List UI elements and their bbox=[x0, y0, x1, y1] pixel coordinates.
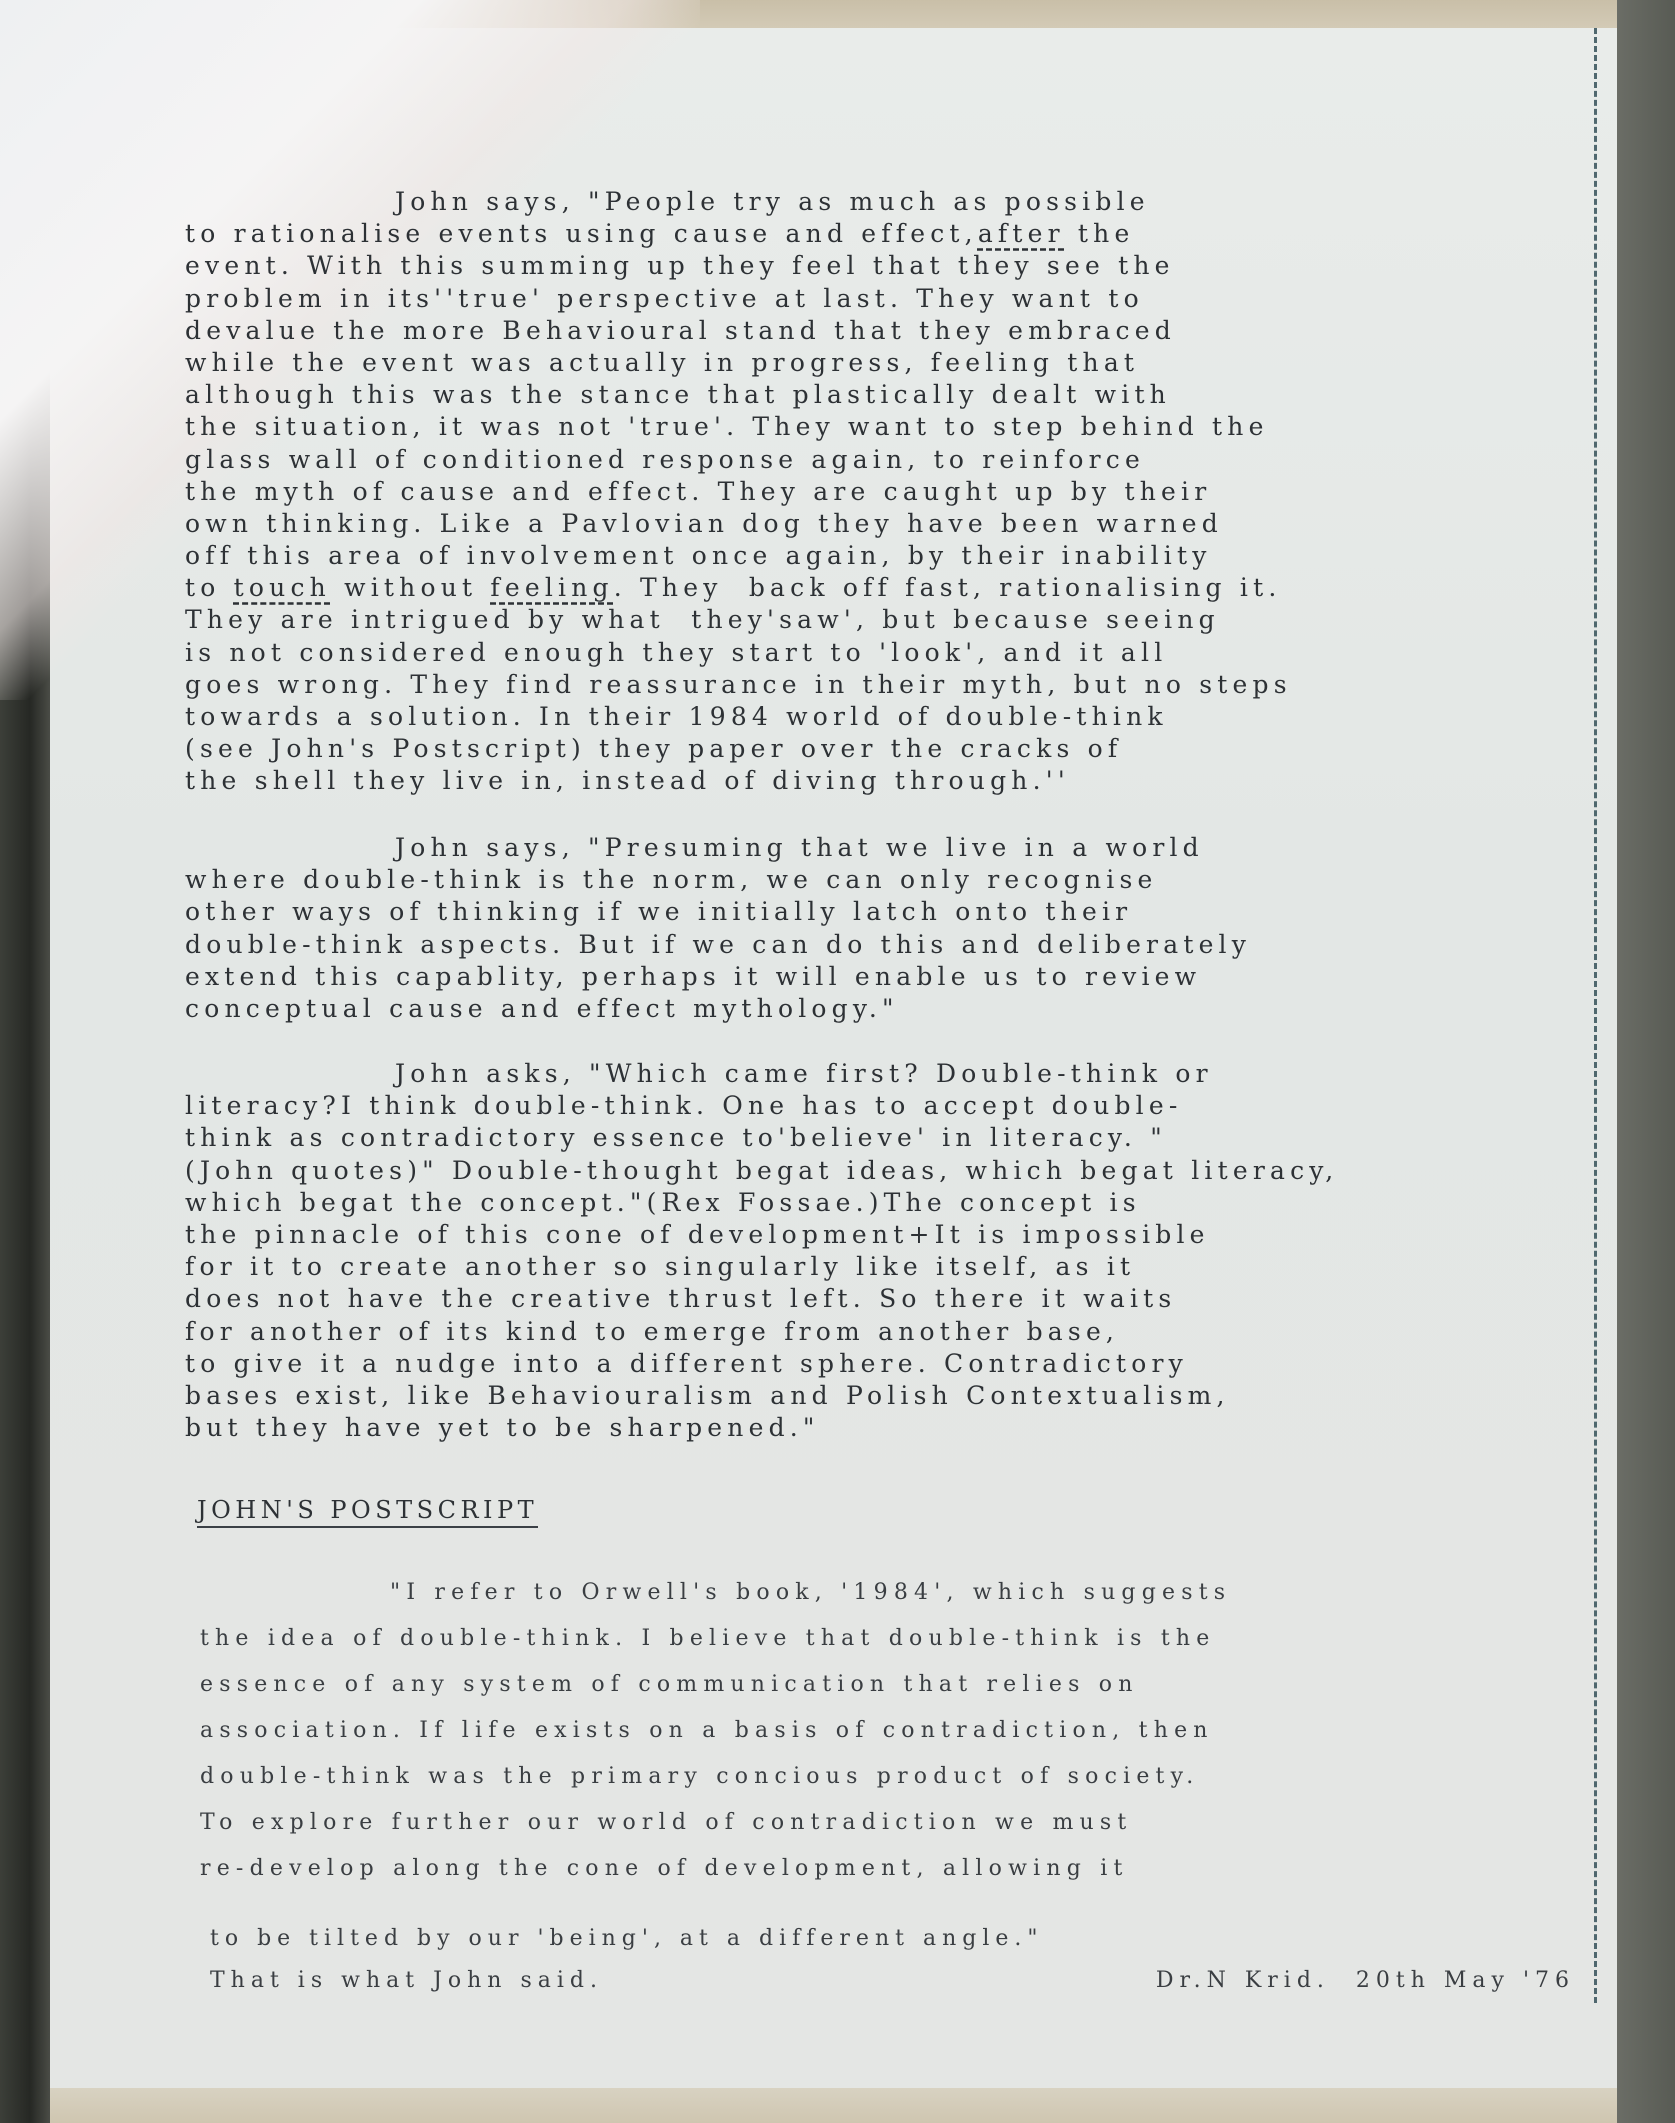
text-line: but they have yet to be sharpened." bbox=[185, 1412, 1338, 1444]
text-line: off this area of involvement once again,… bbox=[185, 540, 1292, 572]
text-line: the idea of double-think. I believe that… bbox=[200, 1616, 1231, 1662]
text-line: (see John's Postscript) they paper over … bbox=[185, 733, 1292, 765]
text-line: does not have the creative thrust left. … bbox=[185, 1283, 1338, 1315]
text-line: To explore further our world of contradi… bbox=[200, 1800, 1231, 1846]
text-line: goes wrong. They find reassurance in the… bbox=[185, 669, 1292, 701]
underlined-word: touch bbox=[234, 573, 331, 602]
text-line: problem in its''true' perspective at las… bbox=[185, 283, 1292, 315]
backing-paper-bottom bbox=[50, 2088, 1617, 2123]
postscript-body: "I refer to Orwell's book, '1984', which… bbox=[200, 1570, 1231, 1892]
paragraph-which-came-first: John asks, "Which came first? Double-thi… bbox=[185, 1058, 1338, 1444]
text-line: although this was the stance that plasti… bbox=[185, 379, 1292, 411]
text-line: think as contradictory essence to'believ… bbox=[185, 1122, 1338, 1154]
text-line: is not considered enough they start to '… bbox=[185, 637, 1292, 669]
dark-frame-edge bbox=[1617, 0, 1675, 2123]
text-line: to rationalise events using cause and ef… bbox=[185, 218, 1292, 250]
margin-dashed-rule bbox=[1594, 28, 1597, 2003]
text-line: association. If life exists on a basis o… bbox=[200, 1708, 1231, 1754]
text-line: own thinking. Like a Pavlovian dog they … bbox=[185, 508, 1292, 540]
dark-frame-edge-left bbox=[0, 380, 50, 2123]
text-line: while the event was actually in progress… bbox=[185, 347, 1292, 379]
text-line: They are intrigued by what they'saw', bu… bbox=[185, 604, 1292, 636]
text-line: the shell they live in, instead of divin… bbox=[185, 765, 1292, 797]
text-line: double-think aspects. But if we can do t… bbox=[185, 929, 1251, 961]
text-line: double-think was the primary concious pr… bbox=[200, 1754, 1231, 1800]
text-line: devalue the more Behavioural stand that … bbox=[185, 315, 1292, 347]
text-line: glass wall of conditioned response again… bbox=[185, 444, 1292, 476]
text-line: to give it a nudge into a different sphe… bbox=[185, 1348, 1338, 1380]
closing-block: to be tilted by our 'being', at a differ… bbox=[210, 1918, 1575, 2002]
backing-paper-top bbox=[290, 0, 1617, 28]
text-line: John asks, "Which came first? Double-thi… bbox=[185, 1058, 1338, 1090]
text-line: the myth of cause and effect. They are c… bbox=[185, 476, 1292, 508]
text-line: which begat the concept."(Rex Fossae.)Th… bbox=[185, 1187, 1338, 1219]
text-line: essence of any system of communication t… bbox=[200, 1662, 1231, 1708]
text-line: for another of its kind to emerge from a… bbox=[185, 1316, 1338, 1348]
text-line: the situation, it was not 'true'. They w… bbox=[185, 411, 1292, 443]
signature-date: Dr.N Krid. 20th May '76 bbox=[1156, 1960, 1575, 2002]
sign-off: That is what John said. bbox=[210, 1960, 603, 2002]
text-line: where double-think is the norm, we can o… bbox=[185, 864, 1251, 896]
underlined-word: after bbox=[978, 219, 1065, 248]
text-line: other ways of thinking if we initially l… bbox=[185, 896, 1251, 928]
text-line: to touch without feeling. They back off … bbox=[185, 572, 1292, 604]
text-line: event. With this summing up they feel th… bbox=[185, 250, 1292, 282]
paragraph-people-rationalise: John says, "People try as much as possib… bbox=[185, 186, 1292, 798]
paragraph-presuming: John says, "Presuming that we live in a … bbox=[185, 832, 1251, 1025]
text-line: towards a solution. In their 1984 world … bbox=[185, 701, 1292, 733]
text-line: John says, "People try as much as possib… bbox=[185, 186, 1292, 218]
text-line: bases exist, like Behaviouralism and Pol… bbox=[185, 1380, 1338, 1412]
text-line: literacy?I think double-think. One has t… bbox=[185, 1090, 1338, 1122]
text-line: for it to create another so singularly l… bbox=[185, 1251, 1338, 1283]
text-line: the pinnacle of this cone of development… bbox=[185, 1219, 1338, 1251]
underlined-word: feeling bbox=[490, 573, 613, 602]
text-line: John says, "Presuming that we live in a … bbox=[185, 832, 1251, 864]
postscript-heading: JOHN'S POSTSCRIPT bbox=[197, 1496, 538, 1528]
text-line: conceptual cause and effect mythology." bbox=[185, 993, 1251, 1025]
text-line: re-develop along the cone of development… bbox=[200, 1846, 1231, 1892]
closing-line: to be tilted by our 'being', at a differ… bbox=[210, 1918, 1575, 1960]
text-line: "I refer to Orwell's book, '1984', which… bbox=[200, 1570, 1231, 1616]
text-line: (John quotes)" Double-thought begat idea… bbox=[185, 1155, 1338, 1187]
text-line: extend this capablity, perhaps it will e… bbox=[185, 961, 1251, 993]
